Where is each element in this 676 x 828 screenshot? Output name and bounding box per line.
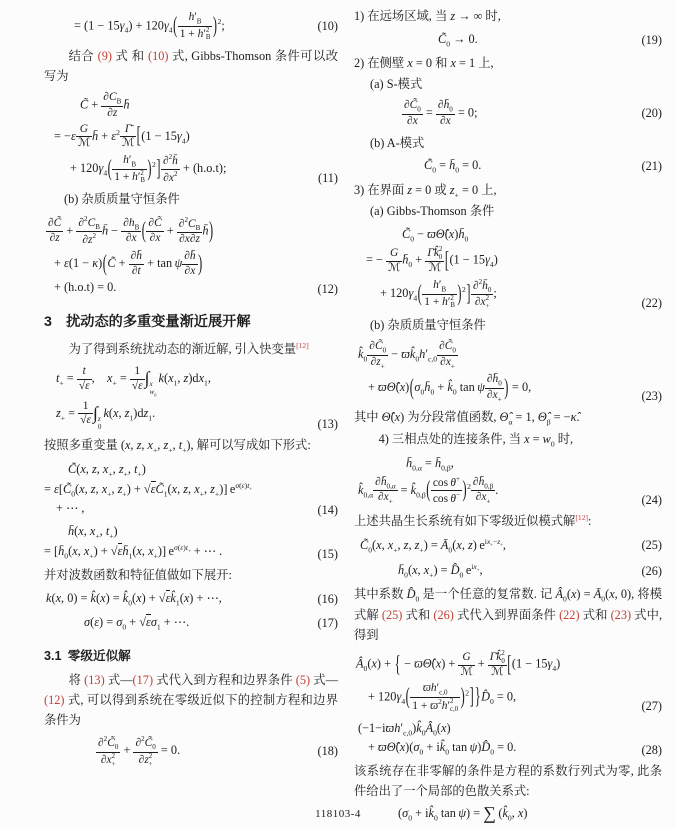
equation-line: k̂0,α∂h̄0,α∂x+ = k̂0,β(cos θ+cos θ−)2∂h̄… xyxy=(354,475,638,507)
equation-number: (18) xyxy=(318,743,339,760)
equation-body: C̃0 − ϖΘ̂(x)h̄0= − Gℳh̄0 + Γ̄k̂20ℳ[(1 − … xyxy=(354,225,638,313)
left-column: = (1 − 15γ4) + 120γ4(h′B1 + h′2B)2;(10)结… xyxy=(44,6,338,828)
paragraph: 该系统存在非零解的条件是方程的系数行列式为零, 此条件给出了一个局部的色散关系式… xyxy=(354,762,662,801)
equation-body: Â0(x) + { − ϖΘ̂(x) + Gℳ + Γ̄k̂20ℳ[(1 − … xyxy=(354,648,638,715)
equation-line: ∂C̃0∂x = ∂h̄0∂x = 0; xyxy=(354,99,638,129)
equation-number: (26) xyxy=(642,563,663,580)
equation: C̃0 − ϖΘ̂(x)h̄0= − Gℳh̄0 + Γ̄k̂20ℳ[(1 − … xyxy=(354,225,662,313)
equation: C̃0 = h̄0 = 0.(21) xyxy=(354,156,662,177)
equation: ∂C̃0∂x = ∂h̄0∂x = 0;(20) xyxy=(354,97,662,131)
paragraph: 4) 三相点处的连接条件, 当 x = w0 时, xyxy=(354,430,662,451)
equation-number: (27) xyxy=(642,698,663,715)
equation-body: = (1 − 15γ4) + 120γ4(h′B1 + h′2B)2; xyxy=(44,9,314,44)
equation-line: = [h̄0(x, x+) + √εh̄1(x, x+)] eσ(ε)t+ + … xyxy=(44,543,314,561)
paragraph: 结合 (9) 式 和 (10) 式, Gibbs-Thomson 条件可以改写为 xyxy=(44,47,338,86)
equation-line: + ϖΘ̂(x)(σ0 + ik̂0 tan ψ)D̂0 = 0. xyxy=(354,740,638,757)
equation-line: C̃ + ∂CB∂zh̄ xyxy=(44,91,314,121)
equation-body: h̄0(x, x+) = D̂0 eix+, xyxy=(354,560,638,582)
equation: C̃(x, z, x+, z+, t+)= ε[C̃0(x, z, x+, z+… xyxy=(44,460,338,519)
citation-link[interactable]: (17) xyxy=(133,673,154,687)
equation-body: h̄0,α = h̄0,β,k̂0,α∂h̄0,α∂x+ = k̂0,β(cos… xyxy=(354,454,638,509)
subsection-heading: 3.1 零级近似解 xyxy=(44,645,338,664)
citation-link[interactable]: (22) xyxy=(559,608,580,622)
equation-line: (−1−iϖh′c,0)k̂0Â0(x) xyxy=(354,721,638,738)
equation-line: + (h.o.t) = 0. xyxy=(44,280,314,296)
equation-number: (15) xyxy=(318,546,339,563)
paragraph: 其中系数 D̂0 是一个任意的复常数. 记 Â0(x) = Ā0(x, 0)… xyxy=(354,585,662,645)
paragraph: 为了得到系统扰动态的渐近解, 引入快变量[12] xyxy=(44,340,338,360)
equation-body: h̄(x, x+, t+)= [h̄0(x, x+) + √εh̄1(x, x+… xyxy=(44,522,314,564)
citation-link[interactable]: (23) xyxy=(611,608,632,622)
equation: = (1 − 15γ4) + 120γ4(h′B1 + h′2B)2;(10) xyxy=(44,9,338,44)
equation: h̄0,α = h̄0,β,k̂0,α∂h̄0,α∂x+ = k̂0,β(cos… xyxy=(354,454,662,509)
equation-line: ∂2C̃0∂x2+ + ∂2C̃0∂z2+ = 0. xyxy=(44,735,314,768)
paragraph: (b) 杂质质量守恒条件 xyxy=(354,316,662,336)
equation-number: (12) xyxy=(318,281,339,298)
equation-line: + 120γ4(ϖh′c,01 + ϖ2h′2c,0)2]}D̂0 = 0, xyxy=(354,682,638,714)
paragraph: 按照多重变量 (x, z, x+, z+, t+), 解可以写成如下形式: xyxy=(44,436,338,457)
equation-line: + ε(1 − κ)(C̃ + ∂h̄∂t + tan ψ∂h̄∂x) xyxy=(44,250,314,278)
paragraph: 上述共晶生长系统有如下零级近似模式解[12]: xyxy=(354,512,662,532)
equation-number: (13) xyxy=(318,416,339,433)
equation-line: = − Gℳh̄0 + Γ̄k̂20ℳ[(1 − 15γ4) xyxy=(354,246,638,276)
equation-line: C̃0 = h̄0 = 0. xyxy=(354,158,638,175)
paper-page: = (1 − 15γ4) + 120γ4(h′B1 + h′2B)2;(10)结… xyxy=(0,0,676,828)
citation-link[interactable]: [12] xyxy=(575,513,588,522)
equation-line: ∂C̃∂z + ∂2CB∂z2h̄ − ∂hB∂x(∂C̃∂x + ∂2CB∂x… xyxy=(44,215,314,248)
equation-line: k̂0∂C̃0∂z+ − ϖk̂0h′c,0∂C̃0∂x+ xyxy=(354,340,638,371)
paragraph: (b) 杂质质量守恒条件 xyxy=(44,190,338,210)
equation-line: = −εGℳh̄ + ε2Γ̄ℳ[(1 − 15γ4) xyxy=(44,123,314,151)
equation: h̄0(x, x+) = D̂0 eix+,(26) xyxy=(354,560,662,582)
citation-link[interactable]: (26) xyxy=(433,608,454,622)
equation: h̄(x, x+, t+)= [h̄0(x, x+) + √εh̄1(x, x+… xyxy=(44,522,338,564)
paragraph: (a) Gibbs-Thomson 条件 xyxy=(354,202,662,222)
paragraph: 并对波数函数和特征值做如下展开: xyxy=(44,566,338,586)
equation-line: Â0(x) + { − ϖΘ̂(x) + Gℳ + Γ̄k̂20ℳ[(1 − … xyxy=(354,650,638,680)
equation-line: + ϖΘ̂(x)(σ0h̄0 + k̂0 tan ψ∂h̄0∂x+) = 0, xyxy=(354,373,638,404)
equation-line: + 120γ4(h′B1 + h′2B)2]∂2h̄∂x2 + (h.o.t); xyxy=(44,153,314,185)
paragraph: 1) 在远场区域, 当 z → ∞ 时, xyxy=(354,7,662,27)
equation-line: = ε[C̃0(x, z, x+, z+) + √εC̃1(x, z, x+, … xyxy=(44,481,314,499)
equation-body: ∂2C̃0∂x2+ + ∂2C̃0∂z2+ = 0. xyxy=(44,733,314,770)
equation-number: (19) xyxy=(642,32,663,49)
equation-line: C̃0 → 0. xyxy=(354,32,638,49)
equation-line: h̄(x, x+, t+) xyxy=(44,524,314,541)
equation: (−1−iϖh′c,0)k̂0Â0(x)+ ϖΘ̂(x)(σ0 + ik̂0 … xyxy=(354,719,662,759)
citation-link[interactable]: (10) xyxy=(148,49,169,63)
equation-number: (21) xyxy=(642,158,663,175)
equation-number: (22) xyxy=(642,295,663,312)
equation: t+ = t√ε, x+ = 1√ε∫xw0k(x1, z)dx1,z+ = 1… xyxy=(44,363,338,433)
equation-body: C̃0 = h̄0 = 0. xyxy=(354,156,638,177)
equation-number: (16) xyxy=(318,591,339,608)
equation-line: C̃(x, z, x+, z+, t+) xyxy=(44,462,314,479)
equation-number: (11) xyxy=(318,170,338,187)
equation-body: ∂C̃0∂x = ∂h̄0∂x = 0; xyxy=(354,97,638,131)
paragraph: 3) 在界面 z = 0 或 z+ = 0 上, xyxy=(354,181,662,202)
equation-line: + 120γ4(h′B1 + h′2B)2]∂2h̄0∂x2+; xyxy=(354,278,638,311)
citation-link[interactable]: (12) xyxy=(44,693,65,707)
page-content: = (1 − 15γ4) + 120γ4(h′B1 + h′2B)2;(10)结… xyxy=(0,0,676,828)
equation-line: t+ = t√ε, x+ = 1√ε∫xw0k(x1, z)dx1, xyxy=(44,365,314,398)
equation: ∂C̃∂z + ∂2CB∂z2h̄ − ∂hB∂x(∂C̃∂x + ∂2CB∂x… xyxy=(44,213,338,298)
equation: k̂0∂C̃0∂z+ − ϖk̂0h′c,0∂C̃0∂x++ ϖΘ̂(x)(σ0… xyxy=(354,338,662,405)
equation-body: ∂C̃∂z + ∂2CB∂z2h̄ − ∂hB∂x(∂C̃∂x + ∂2CB∂x… xyxy=(44,213,314,298)
equation-body: t+ = t√ε, x+ = 1√ε∫xw0k(x1, z)dx1,z+ = 1… xyxy=(44,363,314,433)
paragraph: (a) S-模式 xyxy=(354,75,662,95)
equation-body: k(x, 0) = k̂(x) = k̂0(x) + √εk̂1(x) + ⋯, xyxy=(44,589,314,610)
equation-line: z+ = 1√ε∫z0k(x, z1)dz1. xyxy=(44,400,314,431)
citation-link[interactable]: (13) xyxy=(84,673,105,687)
citation-link[interactable]: (25) xyxy=(382,608,403,622)
equation: σ(ε) = σ0 + √εσ1 + ⋯.(17) xyxy=(44,613,338,634)
equation-line: C̃0 − ϖΘ̂(x)h̄0 xyxy=(354,227,638,244)
equation-number: (23) xyxy=(642,388,663,405)
equation-body: C̃(x, z, x+, z+, t+)= ε[C̃0(x, z, x+, z+… xyxy=(44,460,314,519)
equation-number: (28) xyxy=(642,742,663,759)
equation-line: σ(ε) = σ0 + √εσ1 + ⋯. xyxy=(44,615,314,632)
paragraph: 2) 在侧壁 x = 0 和 x = 1 上, xyxy=(354,54,662,74)
equation: k(x, 0) = k̂(x) = k̂0(x) + √εk̂1(x) + ⋯,… xyxy=(44,589,338,610)
equation: C̃ + ∂CB∂zh̄= −εGℳh̄ + ε2Γ̄ℳ[(1 − 15γ4)+… xyxy=(44,89,338,187)
equation-number: (14) xyxy=(318,502,339,519)
equation-body: (−1−iϖh′c,0)k̂0Â0(x)+ ϖΘ̂(x)(σ0 + ik̂0 … xyxy=(354,719,638,759)
equation-body: σ(ε) = σ0 + √εσ1 + ⋯. xyxy=(44,613,314,634)
equation: ∂2C̃0∂x2+ + ∂2C̃0∂z2+ = 0.(18) xyxy=(44,733,338,770)
paragraph: 其中 Θ̂(x) 为分段常值函数, Θ̂α = 1, Θ̂β = −κ̂. xyxy=(354,408,662,429)
equation-body: C̃0(x, x+, z, z+) = Ā0(x, z) eix+−z+, xyxy=(354,535,638,557)
paragraph: 将 (13) 式—(17) 式代入到方程和边界条件 (5) 式—(12) 式, … xyxy=(44,671,338,730)
citation-link[interactable]: (5) xyxy=(296,673,310,687)
equation: C̃0 → 0.(19) xyxy=(354,30,662,51)
equation: Â0(x) + { − ϖΘ̂(x) + Gℳ + Γ̄k̂20ℳ[(1 − … xyxy=(354,648,662,715)
equation-line: C̃0(x, x+, z, z+) = Ā0(x, z) eix+−z+, xyxy=(354,537,638,555)
equation-line: = (1 − 15γ4) + 120γ4(h′B1 + h′2B)2; xyxy=(44,11,314,42)
equation-line: h̄0,α = h̄0,β, xyxy=(354,456,638,473)
paragraph: (b) A-模式 xyxy=(354,134,662,154)
equation-line: h̄0(x, x+) = D̂0 eix+, xyxy=(354,562,638,580)
equation-body: C̃ + ∂CB∂zh̄= −εGℳh̄ + ε2Γ̄ℳ[(1 − 15γ4)+… xyxy=(44,89,314,187)
section-heading: 3 扰动态的多重变量渐近展开解 xyxy=(44,311,338,331)
page-number-footer: 118103-4 xyxy=(0,808,676,820)
equation-body: k̂0∂C̃0∂z+ − ϖk̂0h′c,0∂C̃0∂x++ ϖΘ̂(x)(σ0… xyxy=(354,338,638,405)
equation: C̃0(x, x+, z, z+) = Ā0(x, z) eix+−z+,(2… xyxy=(354,535,662,557)
equation-number: (17) xyxy=(318,615,339,632)
right-column: 1) 在远场区域, 当 z → ∞ 时,C̃0 → 0.(19)2) 在侧壁 x… xyxy=(354,6,662,828)
equation-number: (20) xyxy=(642,105,663,122)
equation-number: (10) xyxy=(318,18,339,35)
citation-link[interactable]: [12] xyxy=(296,341,309,350)
equation-number: (25) xyxy=(642,537,663,554)
citation-link[interactable]: (9) xyxy=(98,49,112,63)
equation-line: + ⋯ , xyxy=(44,501,314,517)
equation-number: (24) xyxy=(642,492,663,509)
equation-line: k(x, 0) = k̂(x) = k̂0(x) + √εk̂1(x) + ⋯, xyxy=(44,591,314,608)
equation-body: C̃0 → 0. xyxy=(354,30,638,51)
